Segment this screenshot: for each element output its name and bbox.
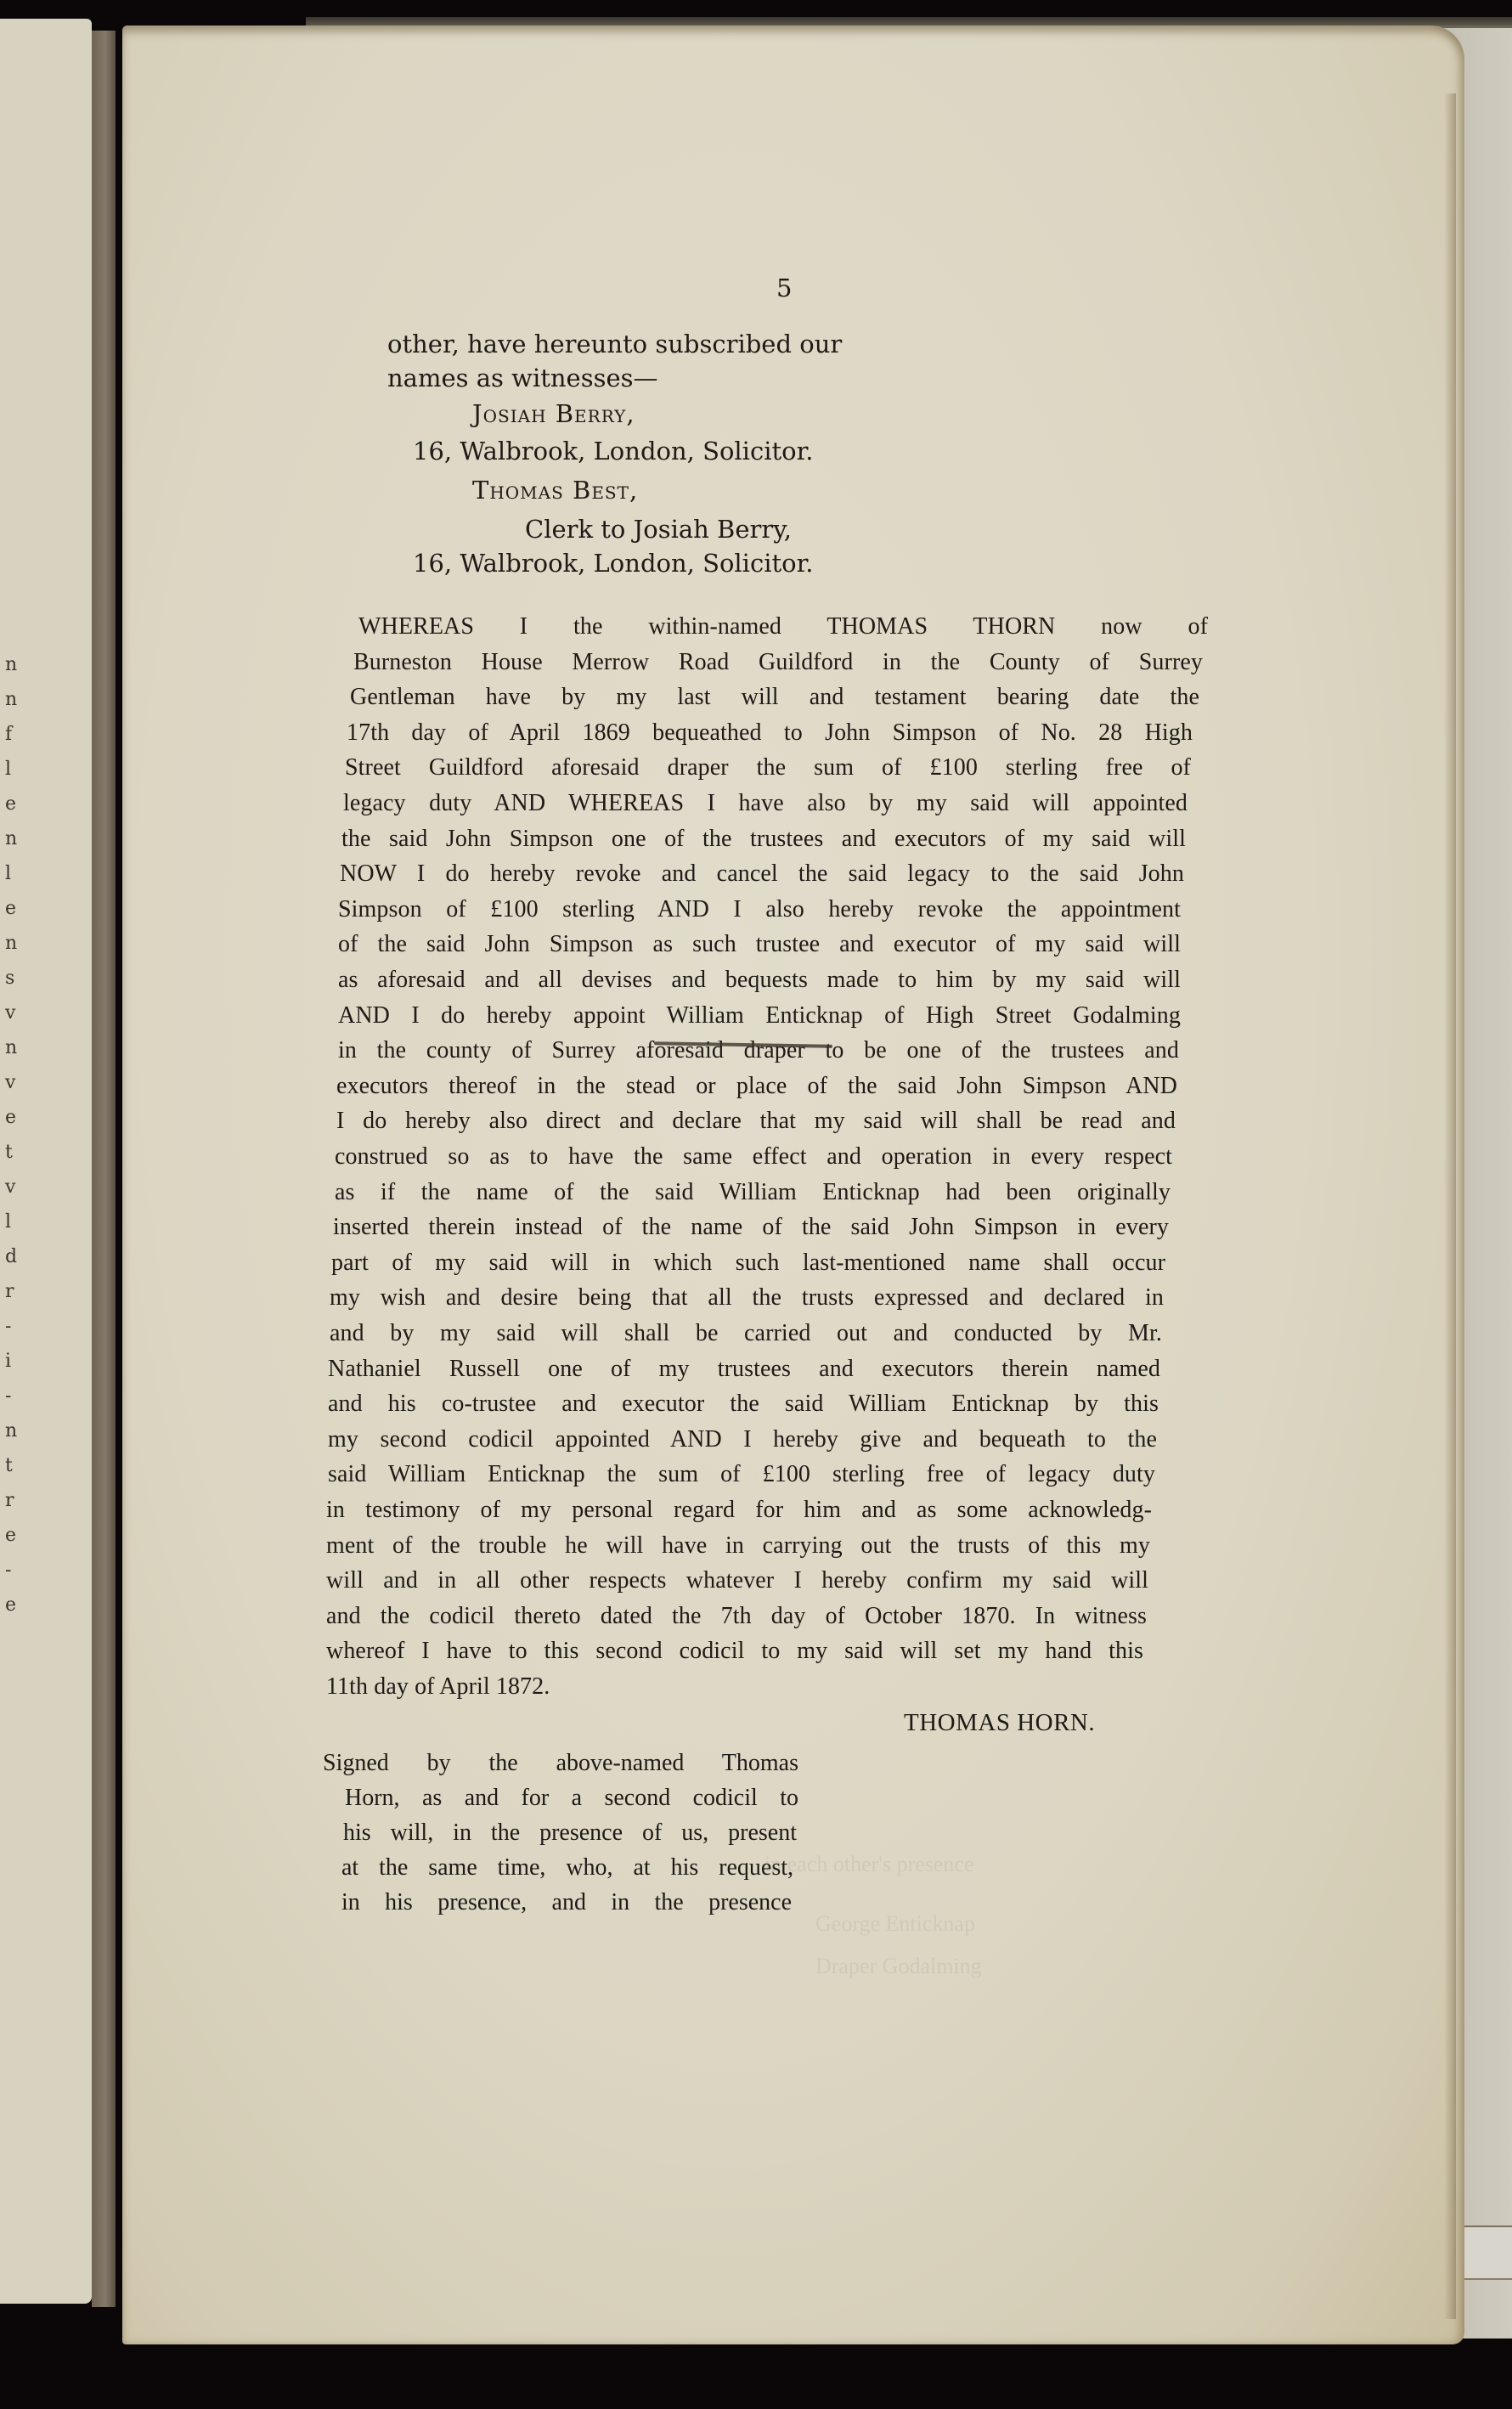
- left-margin-letter: e: [5, 1588, 31, 1622]
- left-margin-letter: e: [5, 1518, 31, 1553]
- left-margin-letter: -: [5, 1309, 31, 1344]
- witness-intro-line-2: names as witnesses—: [387, 364, 658, 392]
- left-margin-letter: t: [5, 1135, 31, 1170]
- testator-signature: THOMAS HORN.: [904, 1709, 1095, 1737]
- codicil-line: inserted therein instead of the name of …: [333, 1214, 1169, 1241]
- left-margin-letter: v: [5, 1170, 31, 1204]
- codicil-line: as if the name of the said William Entic…: [335, 1179, 1171, 1206]
- attestation-line: at the same time, who, at his request,: [341, 1854, 793, 1882]
- codicil-line: WHEREAS I the within-named THOMAS THORN …: [358, 613, 1208, 640]
- codicil-line: part of my said will in which such last-…: [331, 1250, 1165, 1277]
- witness-2-name: Thomas Best,: [472, 476, 638, 505]
- left-margin-letter: n: [5, 821, 31, 856]
- left-margin-letter: -: [5, 1379, 31, 1413]
- codicil-line: whereof I have to this second codicil to…: [326, 1638, 1143, 1665]
- codicil-line: Nathaniel Russell one of my trustees and…: [328, 1356, 1160, 1383]
- witness-2-address: 16, Walbrook, London, Solicitor.: [413, 549, 813, 578]
- left-margin-letter: e: [5, 891, 31, 926]
- left-margin-letter: l: [5, 1204, 31, 1239]
- left-margin-letter: v: [5, 996, 31, 1030]
- book-gutter: [116, 25, 122, 2319]
- codicil-line: said William Enticknap the sum of £100 s…: [328, 1461, 1155, 1488]
- show-through-text: in each other's presence: [764, 1852, 974, 1877]
- codicil-line: ment of the trouble he will have in carr…: [326, 1532, 1150, 1560]
- witness-1-name: Josiah Berry,: [472, 399, 635, 428]
- left-margin-letter: d: [5, 1239, 31, 1274]
- left-margin-letter: n: [5, 926, 31, 961]
- witness-1-address: 16, Walbrook, London, Solicitor.: [413, 437, 813, 465]
- codicil-line: I do hereby also direct and declare that…: [336, 1108, 1176, 1135]
- left-margin-letter: i: [5, 1344, 31, 1379]
- codicil-line: Simpson of £100 sterling AND I also here…: [338, 896, 1181, 923]
- left-facing-page: nnflenlensvnvetvldr-i-ntre-e: [0, 19, 92, 2304]
- left-margin-letter: r: [5, 1483, 31, 1518]
- left-margin-letter: -: [5, 1553, 31, 1588]
- left-margin-letter: f: [5, 717, 31, 752]
- codicil-line: Burneston House Merrow Road Guildford in…: [353, 649, 1203, 676]
- codicil-line: in testimony of my personal regard for h…: [326, 1497, 1152, 1524]
- page-number: 5: [776, 274, 792, 302]
- left-margin-letter: n: [5, 682, 31, 717]
- codicil-line: and by my said will shall be carried out…: [330, 1320, 1162, 1347]
- codicil-line: NOW I do hereby revoke and cancel the sa…: [340, 860, 1184, 888]
- left-margin-letter: l: [5, 752, 31, 787]
- left-margin-letter: s: [5, 961, 31, 996]
- codicil-line: in the county of Surrey aforesaid draper…: [338, 1037, 1179, 1064]
- codicil-line: construed so as to have the same effect …: [335, 1143, 1172, 1171]
- codicil-line: and his co-trustee and executor the said…: [328, 1391, 1159, 1418]
- codicil-line: AND I do hereby appoint William Entickna…: [338, 1002, 1181, 1030]
- left-margin-letter: v: [5, 1065, 31, 1100]
- left-page-margin-text: nnflenlensvnvetvldr-i-ntre-e: [5, 647, 31, 1622]
- left-margin-letter: n: [5, 647, 31, 682]
- show-through-text: George Enticknap: [815, 1911, 975, 1937]
- codicil-line: executors thereof in the stead or place …: [336, 1073, 1177, 1100]
- show-through-text: Draper Godalming: [815, 1954, 982, 1979]
- codicil-line: as aforesaid and all devises and bequest…: [338, 967, 1181, 994]
- attestation-line: his will, in the presence of us, present: [343, 1819, 797, 1847]
- codicil-line: and the codicil thereto dated the 7th da…: [326, 1603, 1147, 1630]
- main-page-right-edge: [1444, 93, 1456, 2319]
- attestation-line: in his presence, and in the presence: [341, 1889, 792, 1916]
- left-margin-letter: l: [5, 856, 31, 891]
- codicil-line: of the said John Simpson as such trustee…: [338, 931, 1181, 958]
- codicil-line: 11th day of April 1872.: [326, 1673, 550, 1701]
- codicil-body: WHEREAS I the within-named THOMAS THORN …: [333, 613, 1191, 1718]
- left-margin-letter: e: [5, 1100, 31, 1135]
- codicil-line: will and in all other respects whatever …: [326, 1567, 1148, 1594]
- codicil-line: Street Guildford aforesaid draper the su…: [345, 754, 1191, 781]
- codicil-line: Gentleman have by my last will and testa…: [350, 684, 1199, 711]
- left-margin-letter: r: [5, 1274, 31, 1309]
- attestation-line: Signed by the above-named Thomas: [323, 1750, 798, 1777]
- left-margin-letter: e: [5, 787, 31, 821]
- codicil-line: the said John Simpson one of the trustee…: [341, 826, 1186, 853]
- left-margin-letter: t: [5, 1448, 31, 1483]
- left-margin-letter: n: [5, 1030, 31, 1065]
- witness-intro-line-1: other, have hereunto subscribed our: [387, 330, 838, 358]
- witness-2-role: Clerk to Josiah Berry,: [525, 515, 792, 544]
- codicil-line: my second codicil appointed AND I hereby…: [328, 1426, 1157, 1453]
- left-margin-letter: n: [5, 1413, 31, 1448]
- codicil-line: 17th day of April 1869 bequeathed to Joh…: [347, 719, 1193, 747]
- codicil-line: legacy duty AND WHEREAS I have also by m…: [343, 790, 1188, 817]
- attestation-line: Horn, as and for a second codicil to: [345, 1785, 798, 1812]
- codicil-line: my wish and desire being that all the tr…: [330, 1284, 1164, 1312]
